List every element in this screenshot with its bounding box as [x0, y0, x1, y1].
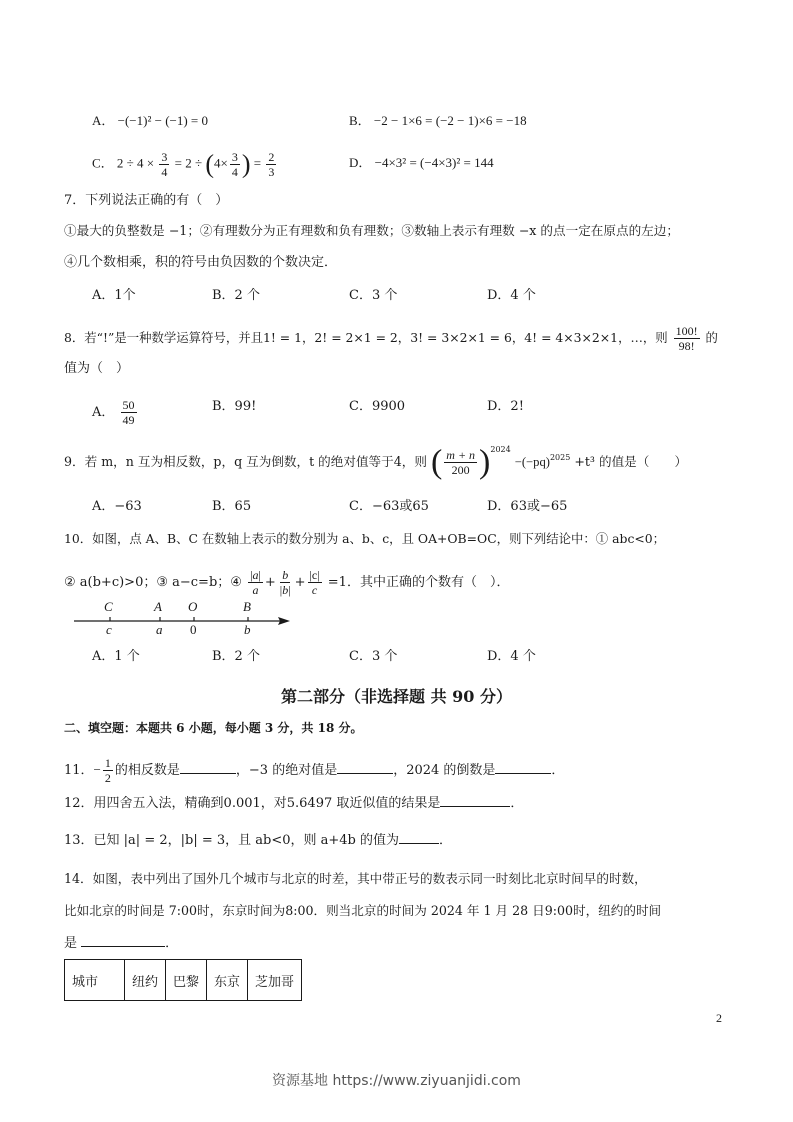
- q7-option-b: B．2 个: [212, 287, 260, 305]
- question-number: 11．: [64, 763, 94, 778]
- point-a-label: A: [154, 599, 162, 615]
- left-paren: (: [205, 150, 214, 179]
- left-paren: (: [431, 444, 442, 481]
- denominator: 200: [450, 463, 472, 477]
- q11-text: 的相反数是: [115, 763, 180, 778]
- q7-statement-line2: ④几个数相乘，积的符号由负因数的个数决定．: [64, 254, 337, 272]
- numerator: 3: [230, 150, 240, 165]
- answer-blank[interactable]: [440, 794, 510, 807]
- table-cell: 芝加哥: [248, 960, 302, 1001]
- q6-option-a: A． −(−1)² − (−1) = 0: [92, 112, 208, 130]
- numerator: b: [280, 568, 290, 583]
- period: ．: [510, 796, 523, 811]
- fraction: |c|c: [308, 568, 322, 597]
- q11-text: ，2024 的倒数是: [393, 763, 495, 778]
- fraction: 34: [230, 150, 240, 179]
- option-label: C．: [92, 155, 114, 170]
- denominator: 4: [230, 165, 240, 179]
- q14-line3: 是 ．: [64, 934, 178, 953]
- q7-stem: 7．下列说法正确的有（ ）: [64, 192, 228, 210]
- watermark: 资源基地 https://www.ziyuanjidi.com: [0, 1070, 793, 1090]
- numerator: |a|: [248, 568, 263, 583]
- fraction: |a|a: [248, 568, 263, 597]
- q10-text: =1．其中正确的个数有（ ）．: [328, 575, 510, 590]
- denominator: 2: [103, 771, 113, 785]
- q7-option-a: A．1个: [92, 287, 136, 305]
- q8-stem: 8．若“!”是一种数学运算符号，并且1! = 1，2! = 2×1 = 2，3!…: [64, 324, 718, 353]
- answer-blank-3[interactable]: [495, 761, 551, 774]
- q9-option-a: A．−63: [92, 498, 142, 516]
- q10-option-c: C．3 个: [349, 648, 397, 666]
- time-difference-table: 城市 纽约 巴黎 东京 芝加哥: [64, 959, 302, 1001]
- right-paren: ): [242, 150, 251, 179]
- denominator: 98!: [677, 339, 697, 353]
- point-a-value: a: [156, 622, 163, 638]
- point-c-value: c: [106, 622, 112, 638]
- q9-stem-text: 9．若 m，n 互为相反数，p，q 互为倒数，t 的绝对值等于4，则: [64, 454, 427, 469]
- denominator: c: [310, 583, 319, 597]
- q9-expr: −(−pq): [515, 455, 550, 469]
- q10-stem-line1: 10．如图，点 A、B、C 在数轴上表示的数分别为 a、b、c，且 OA+OB=…: [64, 530, 665, 548]
- section-title: 第二部分（非选择题 共 90 分）: [0, 684, 793, 707]
- fill-in-header: 二、填空题：本题共 6 小题，每小题 3 分，共 18 分。: [64, 719, 362, 737]
- q14-text: 是: [64, 936, 77, 951]
- option-label: B．: [349, 113, 371, 128]
- point-o-label: O: [188, 599, 197, 615]
- q10-option-a: A．1 个: [92, 648, 140, 666]
- answer-blank-2[interactable]: [337, 761, 393, 774]
- q9-option-b: B．65: [212, 498, 251, 516]
- q9-option-c: C．−63或65: [349, 498, 429, 516]
- q13-text: 13．已知 |a| = 2，|b| = 3，且 ab<0，则 a+4b 的值为: [64, 833, 399, 848]
- fraction: b|b|: [278, 568, 293, 597]
- q8-stem-line2: 值为（ ）: [64, 360, 129, 378]
- numerator: 1: [103, 756, 113, 771]
- numerator: 50: [121, 398, 137, 413]
- q14-line1: 14．如图，表中列出了国外几个城市与北京的时差，其中带正号的数表示同一时刻比北京…: [64, 870, 647, 888]
- q8-option-a: A． 5049: [92, 398, 139, 427]
- q12: 12．用四舍五入法，精确到0.001，对5.6497 取近似值的结果是．: [64, 794, 523, 813]
- option-label: D．: [349, 155, 371, 170]
- denominator: 49: [121, 413, 137, 427]
- period: ．: [165, 936, 178, 951]
- q7-option-d: D．4 个: [487, 287, 536, 305]
- q8-stem-text: 8．若“!”是一种数学运算符号，并且1! = 1，2! = 2×1 = 2，3!…: [64, 330, 668, 345]
- q6-option-d: D． −4×3² = (−4×3)² = 144: [349, 154, 494, 172]
- option-label: A．: [92, 113, 114, 128]
- q13: 13．已知 |a| = 2，|b| = 3，且 ab<0，则 a+4b 的值为．: [64, 831, 452, 850]
- q8-option-b: B．99!: [212, 398, 256, 416]
- q8-stem-tail: 的: [706, 330, 718, 345]
- fraction: 5049: [121, 398, 137, 427]
- fraction: m + n200: [444, 448, 477, 477]
- page-number: 2: [716, 1011, 722, 1026]
- answer-blank[interactable]: [81, 934, 165, 947]
- period: ．: [439, 833, 452, 848]
- numerator: m + n: [444, 448, 477, 463]
- minus-sign: −: [94, 762, 101, 777]
- fraction: 23: [266, 150, 276, 179]
- q10-option-d: D．4 个: [487, 648, 536, 666]
- q10-option-b: B．2 个: [212, 648, 260, 666]
- fraction: 34: [159, 150, 169, 179]
- q14-line2: 比如北京的时间是 7:00时，东京时间为8:00．则当北京的时间为 2024 年…: [64, 902, 661, 920]
- table-cell: 东京: [207, 960, 248, 1001]
- q6-option-c: C． 2 ÷ 4 × 34 = 2 ÷ (4×34) = 23: [92, 150, 278, 179]
- option-expr: 2 ÷ 4 ×: [117, 155, 154, 170]
- table-cell: 纽约: [125, 960, 166, 1001]
- q9-stem: 9．若 m，n 互为相反数，p，q 互为倒数，t 的绝对值等于4，则 (m + …: [64, 448, 687, 477]
- option-label: A．: [92, 405, 114, 420]
- q11: 11．−12的相反数是，−3 的绝对值是，2024 的倒数是．: [64, 756, 564, 785]
- table-cell: 城市: [65, 960, 125, 1001]
- right-paren: ): [479, 444, 490, 481]
- point-b-value: b: [244, 622, 251, 638]
- answer-blank[interactable]: [399, 831, 439, 844]
- answer-blank-1[interactable]: [180, 761, 236, 774]
- numerator: 3: [159, 150, 169, 165]
- fraction: 100!98!: [674, 324, 700, 353]
- numerator: 100!: [674, 324, 700, 339]
- denominator: |b|: [278, 583, 293, 597]
- q8-option-c: C．9900: [349, 398, 405, 416]
- option-expr: = 2 ÷: [175, 155, 202, 170]
- denominator: a: [250, 583, 260, 597]
- numerator: |c|: [308, 568, 322, 583]
- q6-option-b: B． −2 − 1×6 = (−2 − 1)×6 = −18: [349, 112, 527, 130]
- option-expr: −2 − 1×6 = (−2 − 1)×6 = −18: [374, 113, 527, 128]
- exponent: 2024: [490, 445, 510, 454]
- fraction: 12: [103, 756, 113, 785]
- denominator: 3: [266, 165, 276, 179]
- table-cell: 巴黎: [166, 960, 207, 1001]
- point-c-label: C: [104, 599, 113, 615]
- option-expr: −(−1)² − (−1) = 0: [118, 113, 208, 128]
- q9-stem-tail: +t³ 的值是（ ）: [574, 454, 687, 469]
- point-o-value: 0: [190, 622, 197, 638]
- q12-text: 12．用四舍五入法，精确到0.001，对5.6497 取近似值的结果是: [64, 796, 440, 811]
- table-row: 城市 纽约 巴黎 东京 芝加哥: [65, 960, 302, 1001]
- denominator: 4: [159, 165, 169, 179]
- q7-option-c: C．3 个: [349, 287, 397, 305]
- point-b-label: B: [243, 599, 251, 615]
- q7-statement-line1: ①最大的负整数是 −1；②有理数分为正有理数和负有理数；③数轴上表示有理数 −x…: [64, 222, 679, 240]
- q9-option-d: D．63或−65: [487, 498, 567, 516]
- exponent: 2025: [550, 453, 570, 462]
- period: ．: [551, 763, 564, 778]
- q8-option-d: D．2!: [487, 398, 524, 416]
- option-expr: −4×3² = (−4×3)² = 144: [375, 155, 494, 170]
- q10-text: ② a(b+c)>0；③ a−c=b；④: [64, 575, 242, 590]
- q11-text: ，−3 的绝对值是: [236, 763, 337, 778]
- q10-stem-line2: ② a(b+c)>0；③ a−c=b；④ |a|a+b|b|+|c|c =1．其…: [64, 568, 509, 597]
- numerator: 2: [266, 150, 276, 165]
